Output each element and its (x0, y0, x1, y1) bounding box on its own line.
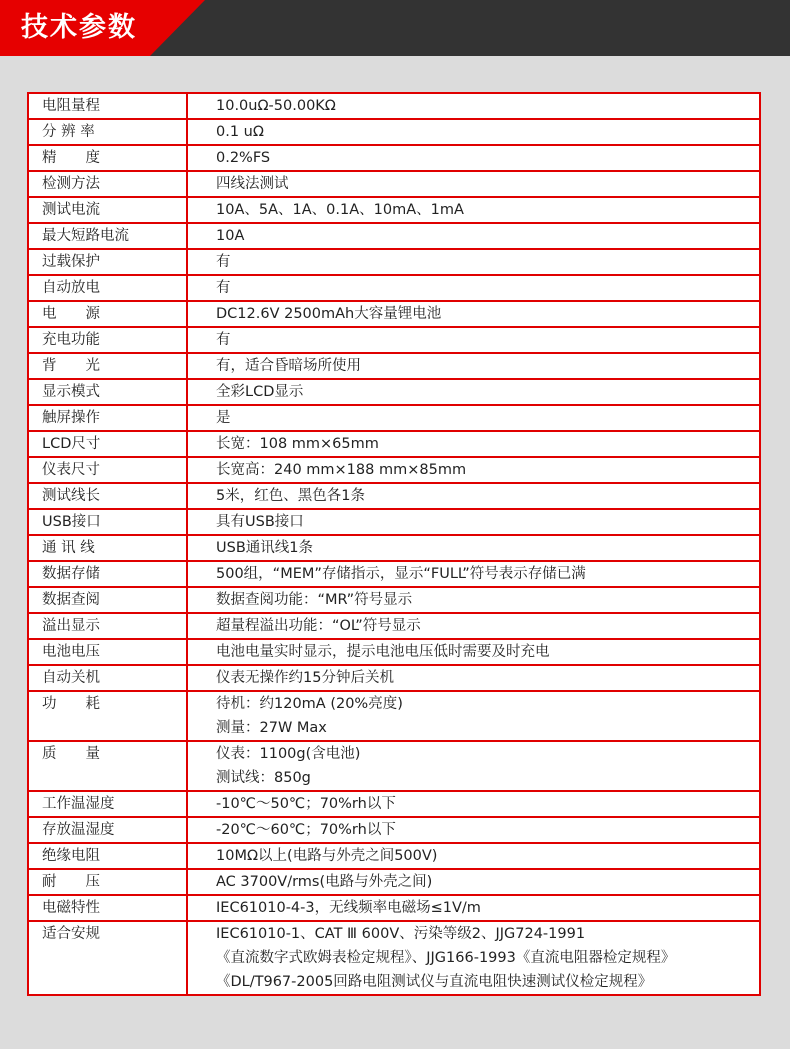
spec-label: 电池电压 (42, 640, 186, 664)
spec-label: 耐 压 (42, 870, 186, 894)
spec-value-cell: 有 (187, 327, 760, 353)
spec-label-cell: 通 讯 线 (28, 535, 187, 561)
spec-value-cell: 电池电量实时显示，提示电池电压低时需要及时充电 (187, 639, 760, 665)
spec-label: 电磁特性 (42, 896, 186, 920)
spec-row: 存放温湿度-20℃～60℃；70%rh以下 (28, 817, 760, 843)
spec-label-cell: 溢出显示 (28, 613, 187, 639)
spec-value: 10.0uΩ-50.00KΩ (216, 94, 759, 118)
spec-value-cell: 0.1 uΩ (187, 119, 760, 145)
spec-value-cell: 数据查阅功能：“MR”符号显示 (187, 587, 760, 613)
spec-value-cell: 仪表：1100g(含电池)测试线：850g (187, 741, 760, 791)
spec-label-cell: 耐 压 (28, 869, 187, 895)
spec-row: 自动放电有 (28, 275, 760, 301)
spec-value-cell: AC 3700V/rms(电路与外壳之间) (187, 869, 760, 895)
spec-table-body: 电阻量程10.0uΩ-50.00KΩ分 辨 率0.1 uΩ精 度0.2%FS检测… (28, 93, 760, 995)
spec-label-cell: 背 光 (28, 353, 187, 379)
spec-label: 数据存储 (42, 562, 186, 586)
spec-label-cell: 分 辨 率 (28, 119, 187, 145)
spec-row: 适合安规IEC61010-1、CAT Ⅲ 600V、污染等级2、JJG724-1… (28, 921, 760, 995)
spec-row: 过载保护有 (28, 249, 760, 275)
spec-value-cell: 10A、5A、1A、0.1A、10mA、1mA (187, 197, 760, 223)
spec-row: LCD尺寸长宽：108 mm×65mm (28, 431, 760, 457)
spec-label-cell: 充电功能 (28, 327, 187, 353)
spec-value-cell: 仪表无操作约15分钟后关机 (187, 665, 760, 691)
spec-label: 适合安规 (42, 922, 186, 946)
spec-value: 5米，红色、黑色各1条 (216, 484, 759, 508)
spec-label: 分 辨 率 (42, 120, 186, 144)
spec-label: 测试电流 (42, 198, 186, 222)
spec-label-cell: 电磁特性 (28, 895, 187, 921)
spec-label: 电阻量程 (42, 94, 186, 118)
spec-value-cell: 超量程溢出功能：“OL”符号显示 (187, 613, 760, 639)
spec-label-cell: 检测方法 (28, 171, 187, 197)
spec-value: 有 (216, 276, 759, 300)
spec-label-cell: 适合安规 (28, 921, 187, 995)
spec-label: 质 量 (42, 742, 186, 766)
spec-value-cell: 四线法测试 (187, 171, 760, 197)
spec-value: 有 (216, 328, 759, 352)
spec-label-cell: 测试线长 (28, 483, 187, 509)
spec-label: 通 讯 线 (42, 536, 186, 560)
spec-row: 测试线长5米，红色、黑色各1条 (28, 483, 760, 509)
spec-label: 自动放电 (42, 276, 186, 300)
spec-value: 仪表：1100g(含电池) (216, 742, 759, 766)
spec-row: 电池电压电池电量实时显示，提示电池电压低时需要及时充电 (28, 639, 760, 665)
spec-row: 工作温湿度-10℃～50℃；70%rh以下 (28, 791, 760, 817)
spec-row: 仪表尺寸长宽高：240 mm×188 mm×85mm (28, 457, 760, 483)
spec-row: 溢出显示超量程溢出功能：“OL”符号显示 (28, 613, 760, 639)
spec-label-cell: 存放温湿度 (28, 817, 187, 843)
spec-row: 背 光有，适合昏暗场所使用 (28, 353, 760, 379)
spec-value: 是 (216, 406, 759, 430)
spec-value-cell: 500组，“MEM”存储指示，显示“FULL”符号表示存储已满 (187, 561, 760, 587)
spec-value-cell: DC12.6V 2500mAh大容量锂电池 (187, 301, 760, 327)
spec-label-cell: 数据存储 (28, 561, 187, 587)
spec-value-cell: 是 (187, 405, 760, 431)
spec-value-cell: 有，适合昏暗场所使用 (187, 353, 760, 379)
spec-value: 待机：约120mA (20%亮度) (216, 692, 759, 716)
spec-label: 触屏操作 (42, 406, 186, 430)
spec-row: 充电功能有 (28, 327, 760, 353)
spec-value: 测试线：850g (216, 766, 759, 790)
spec-value-cell: 长宽：108 mm×65mm (187, 431, 760, 457)
spec-table: 电阻量程10.0uΩ-50.00KΩ分 辨 率0.1 uΩ精 度0.2%FS检测… (27, 92, 761, 996)
spec-label: USB接口 (42, 510, 186, 534)
spec-label: 存放温湿度 (42, 818, 186, 842)
spec-value: DC12.6V 2500mAh大容量锂电池 (216, 302, 759, 326)
spec-value-cell: 10MΩ以上(电路与外壳之间500V) (187, 843, 760, 869)
spec-value: 测量：27W Max (216, 716, 759, 740)
spec-label: 检测方法 (42, 172, 186, 196)
spec-value: USB通讯线1条 (216, 536, 759, 560)
spec-label-cell: 数据查阅 (28, 587, 187, 613)
spec-value: 有，适合昏暗场所使用 (216, 354, 759, 378)
spec-label: 电 源 (42, 302, 186, 326)
spec-value: 500组，“MEM”存储指示，显示“FULL”符号表示存储已满 (216, 562, 759, 586)
spec-value: 长宽：108 mm×65mm (216, 432, 759, 456)
spec-value: 0.1 uΩ (216, 120, 759, 144)
spec-label-cell: 电池电压 (28, 639, 187, 665)
spec-row: 质 量仪表：1100g(含电池)测试线：850g (28, 741, 760, 791)
spec-value: 0.2%FS (216, 146, 759, 170)
spec-label-cell: USB接口 (28, 509, 187, 535)
spec-row: 电磁特性IEC61010-4-3，无线频率电磁场≤1V/m (28, 895, 760, 921)
spec-value: 《DL/T967-2005回路电阻测试仪与直流电阻快速测试仪检定规程》 (216, 970, 759, 994)
spec-row: 测试电流10A、5A、1A、0.1A、10mA、1mA (28, 197, 760, 223)
spec-value-cell: IEC61010-4-3，无线频率电磁场≤1V/m (187, 895, 760, 921)
spec-label: 精 度 (42, 146, 186, 170)
spec-value-cell: 全彩LCD显示 (187, 379, 760, 405)
spec-row: 显示模式全彩LCD显示 (28, 379, 760, 405)
spec-value: IEC61010-4-3，无线频率电磁场≤1V/m (216, 896, 759, 920)
spec-label: 溢出显示 (42, 614, 186, 638)
spec-label-cell: 过载保护 (28, 249, 187, 275)
spec-label-cell: LCD尺寸 (28, 431, 187, 457)
spec-value: 10MΩ以上(电路与外壳之间500V) (216, 844, 759, 868)
spec-row: 分 辨 率0.1 uΩ (28, 119, 760, 145)
spec-label: 功 耗 (42, 692, 186, 716)
spec-row: 最大短路电流10A (28, 223, 760, 249)
spec-value: 四线法测试 (216, 172, 759, 196)
spec-value: 有 (216, 250, 759, 274)
spec-value: 具有USB接口 (216, 510, 759, 534)
spec-label: 绝缘电阻 (42, 844, 186, 868)
spec-value-cell: 待机：约120mA (20%亮度)测量：27W Max (187, 691, 760, 741)
spec-row: 耐 压AC 3700V/rms(电路与外壳之间) (28, 869, 760, 895)
spec-value: 长宽高：240 mm×188 mm×85mm (216, 458, 759, 482)
spec-label-cell: 工作温湿度 (28, 791, 187, 817)
spec-row: 电 源DC12.6V 2500mAh大容量锂电池 (28, 301, 760, 327)
spec-row: 绝缘电阻10MΩ以上(电路与外壳之间500V) (28, 843, 760, 869)
spec-value: 电池电量实时显示，提示电池电压低时需要及时充电 (216, 640, 759, 664)
spec-label-cell: 功 耗 (28, 691, 187, 741)
spec-label: 测试线长 (42, 484, 186, 508)
spec-value-cell: 10A (187, 223, 760, 249)
spec-value-cell: 5米，红色、黑色各1条 (187, 483, 760, 509)
spec-label-cell: 触屏操作 (28, 405, 187, 431)
spec-label: 工作温湿度 (42, 792, 186, 816)
spec-label-cell: 测试电流 (28, 197, 187, 223)
spec-value: IEC61010-1、CAT Ⅲ 600V、污染等级2、JJG724-1991 (216, 922, 759, 946)
spec-value-cell: USB通讯线1条 (187, 535, 760, 561)
spec-value-cell: 有 (187, 249, 760, 275)
spec-label: 自动关机 (42, 666, 186, 690)
spec-label-cell: 电阻量程 (28, 93, 187, 119)
header-bar: 技术参数 (0, 0, 790, 56)
spec-label-cell: 电 源 (28, 301, 187, 327)
spec-value: 超量程溢出功能：“OL”符号显示 (216, 614, 759, 638)
spec-row: 检测方法四线法测试 (28, 171, 760, 197)
spec-row: 功 耗待机：约120mA (20%亮度)测量：27W Max (28, 691, 760, 741)
spec-value: 10A、5A、1A、0.1A、10mA、1mA (216, 198, 759, 222)
spec-label: 数据查阅 (42, 588, 186, 612)
spec-value-cell: 0.2%FS (187, 145, 760, 171)
spec-value-cell: 具有USB接口 (187, 509, 760, 535)
spec-label-cell: 显示模式 (28, 379, 187, 405)
spec-value: -20℃～60℃；70%rh以下 (216, 818, 759, 842)
spec-label: 最大短路电流 (42, 224, 186, 248)
spec-value: 仪表无操作约15分钟后关机 (216, 666, 759, 690)
spec-label-cell: 绝缘电阻 (28, 843, 187, 869)
spec-label-cell: 质 量 (28, 741, 187, 791)
spec-row: USB接口具有USB接口 (28, 509, 760, 535)
spec-label-cell: 自动关机 (28, 665, 187, 691)
spec-label: 显示模式 (42, 380, 186, 404)
spec-label: 仪表尺寸 (42, 458, 186, 482)
spec-value-cell: -20℃～60℃；70%rh以下 (187, 817, 760, 843)
spec-value: 全彩LCD显示 (216, 380, 759, 404)
spec-value: 《直流数字式欧姆表检定规程》、JJG166-1993《直流电阻器检定规程》 (216, 946, 759, 970)
spec-value: AC 3700V/rms(电路与外壳之间) (216, 870, 759, 894)
spec-label: LCD尺寸 (42, 432, 186, 456)
spec-label-cell: 精 度 (28, 145, 187, 171)
spec-row: 数据查阅数据查阅功能：“MR”符号显示 (28, 587, 760, 613)
spec-label: 充电功能 (42, 328, 186, 352)
spec-value: -10℃～50℃；70%rh以下 (216, 792, 759, 816)
spec-value: 数据查阅功能：“MR”符号显示 (216, 588, 759, 612)
spec-value: 10A (216, 224, 759, 248)
spec-label-cell: 最大短路电流 (28, 223, 187, 249)
spec-row: 自动关机仪表无操作约15分钟后关机 (28, 665, 760, 691)
spec-row: 精 度0.2%FS (28, 145, 760, 171)
spec-label-cell: 仪表尺寸 (28, 457, 187, 483)
spec-value-cell: 有 (187, 275, 760, 301)
spec-row: 触屏操作是 (28, 405, 760, 431)
spec-label: 过载保护 (42, 250, 186, 274)
spec-value-cell: IEC61010-1、CAT Ⅲ 600V、污染等级2、JJG724-1991《… (187, 921, 760, 995)
spec-value-cell: 长宽高：240 mm×188 mm×85mm (187, 457, 760, 483)
spec-label-cell: 自动放电 (28, 275, 187, 301)
spec-row: 电阻量程10.0uΩ-50.00KΩ (28, 93, 760, 119)
spec-label: 背 光 (42, 354, 186, 378)
page-title: 技术参数 (21, 9, 137, 47)
spec-value-cell: -10℃～50℃；70%rh以下 (187, 791, 760, 817)
spec-value-cell: 10.0uΩ-50.00KΩ (187, 93, 760, 119)
spec-row: 通 讯 线USB通讯线1条 (28, 535, 760, 561)
spec-row: 数据存储500组，“MEM”存储指示，显示“FULL”符号表示存储已满 (28, 561, 760, 587)
